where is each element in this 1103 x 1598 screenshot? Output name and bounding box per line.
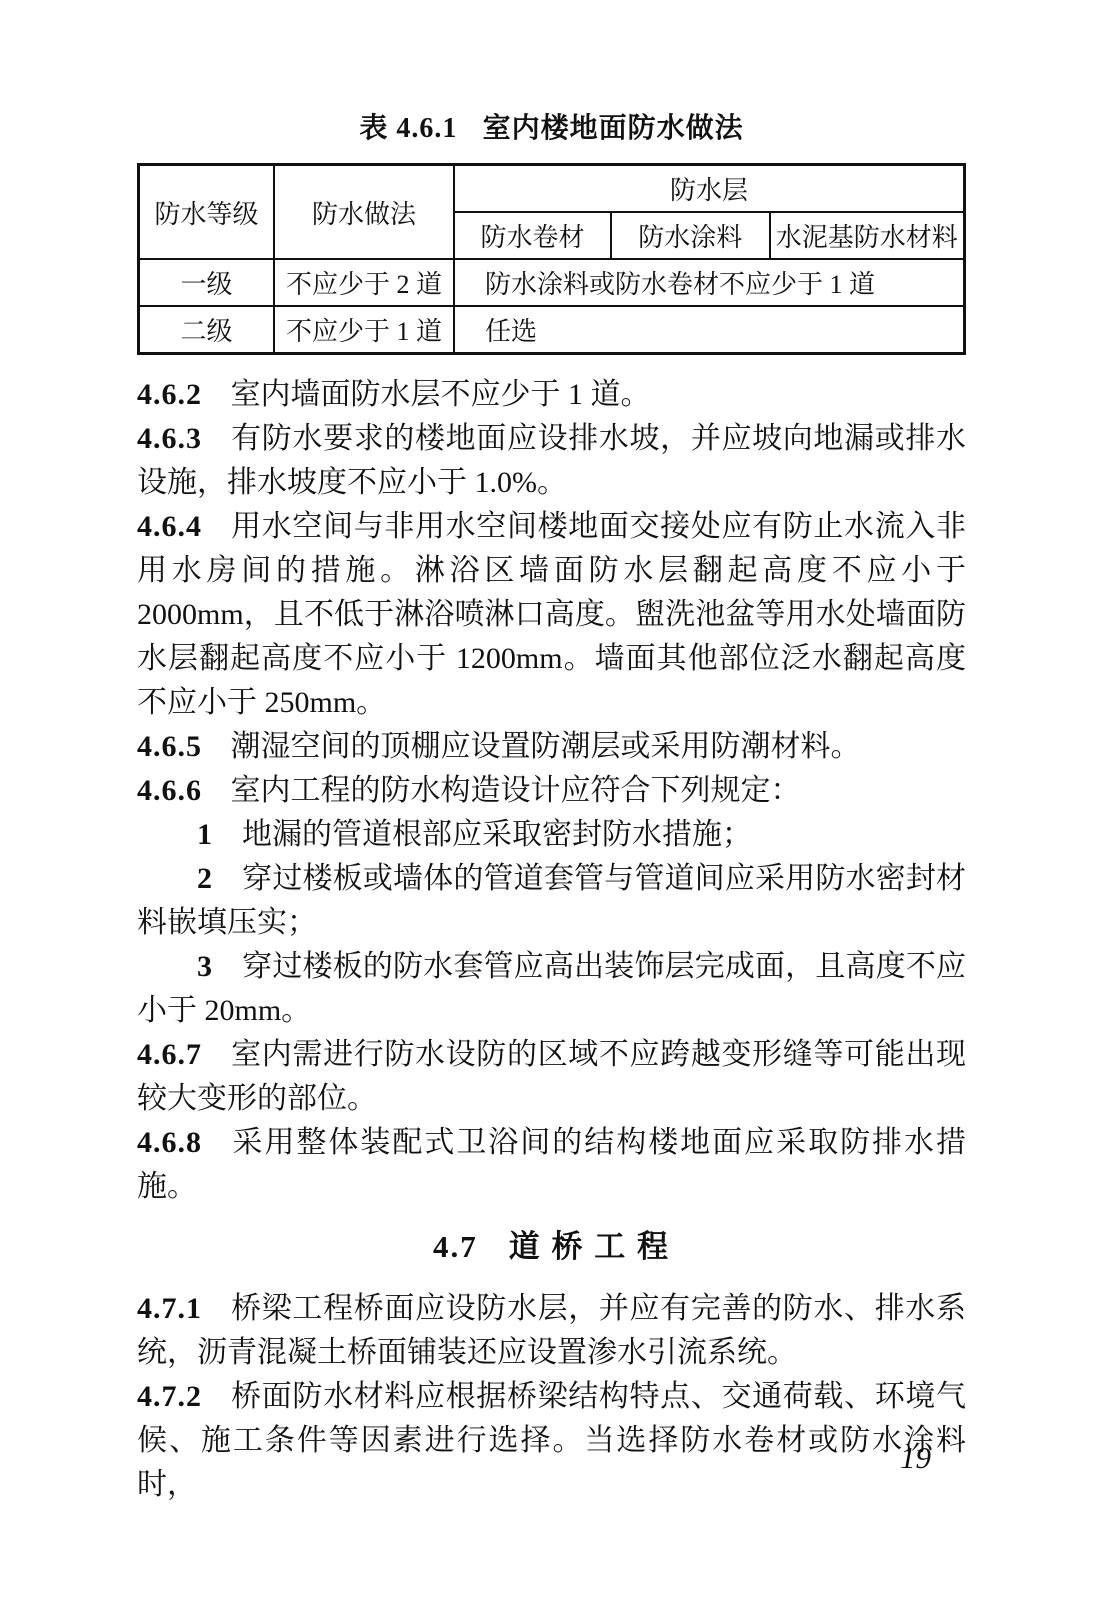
clause-number: 4.6.3	[137, 422, 202, 455]
header-cell-sub-coating: 防水涂料	[611, 212, 770, 259]
table-row: 二级 不应少于 1 道 任选	[139, 306, 965, 354]
cell-layers-1: 防水涂料或防水卷材不应少于 1 道	[454, 259, 964, 306]
clause-text: 室内需进行防水设防的区域不应跨越变形缝等可能出现较大变形的部位。	[137, 1038, 966, 1115]
clause-4-6-7: 4.6.7室内需进行防水设防的区域不应跨越变形缝等可能出现较大变形的部位。	[137, 1033, 966, 1121]
clause-text: 室内工程的防水构造设计应符合下列规定：	[231, 774, 801, 807]
clause-number: 4.6.5	[137, 730, 202, 763]
item-text: 穿过楼板或墙体的管道套管与管道间应采用防水密封材料嵌填压实；	[137, 862, 966, 939]
clause-4-6-6-item-2: 2穿过楼板或墙体的管道套管与管道间应采用防水密封材料嵌填压实；	[137, 857, 966, 945]
waterproofing-methods-table: 防水等级 防水做法 防水层 防水卷材 防水涂料 水泥基防水材料 一级 不应少于 …	[137, 163, 966, 355]
header-cell-sub-cement: 水泥基防水材料	[770, 212, 965, 259]
clause-4-6-8: 4.6.8采用整体装配式卫浴间的结构楼地面应采取防排水措施。	[137, 1121, 966, 1209]
cell-grade-1: 一级	[139, 259, 274, 306]
table-caption-text: 室内楼地面防水做法	[483, 113, 744, 144]
item-number: 1	[197, 818, 212, 851]
table-header-row-1: 防水等级 防水做法 防水层	[139, 165, 965, 213]
clause-number: 4.6.2	[137, 378, 202, 411]
clause-4-7-1: 4.7.1桥梁工程桥面应设防水层，并应有完善的防水、排水系统，沥青混凝土桥面铺装…	[137, 1287, 966, 1375]
section-number: 4.7	[433, 1229, 478, 1264]
clause-text: 采用整体装配式卫浴间的结构楼地面应采取防排水措施。	[137, 1126, 966, 1203]
clause-4-7-2: 4.7.2桥面防水材料应根据桥梁结构特点、交通荷载、环境气候、施工条件等因素进行…	[137, 1375, 966, 1507]
cell-layers-2: 任选	[454, 306, 964, 354]
clause-text: 有防水要求的楼地面应设排水坡，并应坡向地漏或排水设施，排水坡度不应小于 1.0%…	[137, 422, 966, 499]
clause-4-6-4: 4.6.4用水空间与非用水空间楼地面交接处应有防止水流入非用水房间的措施。淋浴区…	[137, 505, 966, 725]
clause-4-6-2: 4.6.2室内墙面防水层不应少于 1 道。	[137, 373, 966, 417]
clause-4-6-3: 4.6.3有防水要求的楼地面应设排水坡，并应坡向地漏或排水设施，排水坡度不应小于…	[137, 417, 966, 505]
clause-4-6-6: 4.6.6室内工程的防水构造设计应符合下列规定：	[137, 769, 966, 813]
section-heading-4-7: 4.7道 桥 工 程	[137, 1225, 966, 1269]
clause-number: 4.6.4	[137, 510, 202, 543]
clause-text: 潮湿空间的顶棚应设置防潮层或采用防潮材料。	[231, 730, 861, 763]
header-cell-grade: 防水等级	[139, 165, 274, 260]
clause-number: 4.7.1	[137, 1292, 202, 1325]
clause-text: 桥面防水材料应根据桥梁结构特点、交通荷载、环境气候、施工条件等因素进行选择。当选…	[137, 1380, 966, 1501]
item-number: 2	[197, 862, 212, 895]
section-title: 道 桥 工 程	[509, 1229, 670, 1264]
table-caption-number: 表 4.6.1	[359, 113, 457, 144]
item-number: 3	[197, 950, 212, 983]
clause-4-6-6-item-3: 3穿过楼板的防水套管应高出装饰层完成面，且高度不应小于 20mm。	[137, 945, 966, 1033]
page-number: 19	[900, 1440, 931, 1476]
clause-number: 4.6.6	[137, 774, 202, 807]
item-text: 地漏的管道根部应采取密封防水措施；	[242, 818, 752, 851]
body-text: 4.6.2室内墙面防水层不应少于 1 道。 4.6.3有防水要求的楼地面应设排水…	[137, 373, 966, 1507]
clause-number: 4.7.2	[137, 1380, 202, 1413]
cell-method-2: 不应少于 1 道	[274, 306, 454, 354]
cell-grade-2: 二级	[139, 306, 274, 354]
header-cell-sub-membrane: 防水卷材	[454, 212, 611, 259]
item-text: 穿过楼板的防水套管应高出装饰层完成面，且高度不应小于 20mm。	[137, 950, 966, 1027]
clause-number: 4.6.7	[137, 1038, 202, 1071]
page-content: 表 4.6.1室内楼地面防水做法 防水等级 防水做法 防水层 防水卷材 防水涂料	[137, 0, 966, 1507]
clause-4-6-5: 4.6.5潮湿空间的顶棚应设置防潮层或采用防潮材料。	[137, 725, 966, 769]
clause-text: 室内墙面防水层不应少于 1 道。	[231, 378, 651, 411]
table-row: 一级 不应少于 2 道 防水涂料或防水卷材不应少于 1 道	[139, 259, 965, 306]
clause-4-6-6-item-1: 1地漏的管道根部应采取密封防水措施；	[137, 813, 966, 857]
clause-text: 桥梁工程桥面应设防水层，并应有完善的防水、排水系统，沥青混凝土桥面铺装还应设置渗…	[137, 1292, 966, 1369]
clause-text: 用水空间与非用水空间楼地面交接处应有防止水流入非用水房间的措施。淋浴区墙面防水层…	[137, 510, 966, 719]
header-cell-method: 防水做法	[274, 165, 454, 260]
clause-number: 4.6.8	[137, 1126, 202, 1159]
header-cell-layer-group: 防水层	[454, 165, 964, 213]
cell-method-1: 不应少于 2 道	[274, 259, 454, 306]
document-page: 表 4.6.1室内楼地面防水做法 防水等级 防水做法 防水层 防水卷材 防水涂料	[0, 0, 1103, 1598]
table-caption: 表 4.6.1室内楼地面防水做法	[137, 112, 966, 146]
